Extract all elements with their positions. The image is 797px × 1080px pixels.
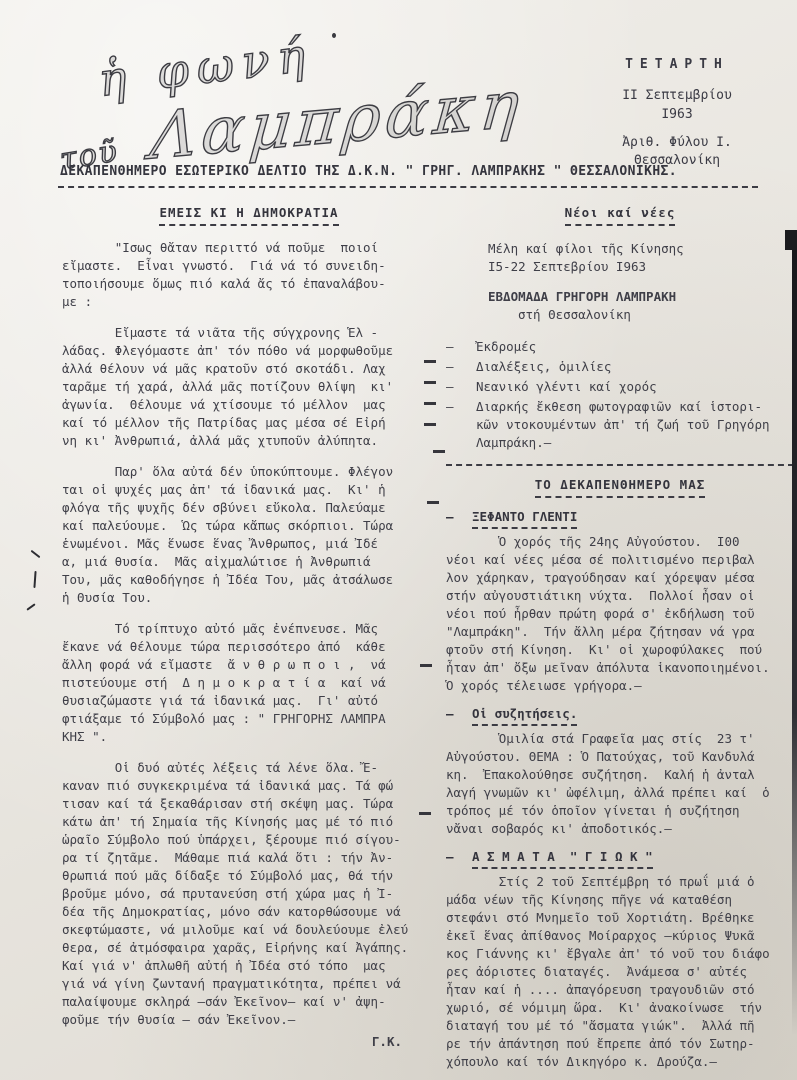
right-column: Νέοι καί νέες Μέλη καί φίλοι τῆς Κίνησης… bbox=[446, 204, 794, 1071]
margin-dash-mark bbox=[420, 664, 432, 667]
article-syzitiseis: – Οἱ συζητήσεις. Ὁμιλία στά Γραφεῖα μας … bbox=[446, 705, 794, 838]
left-column: ΕΜΕΙΣ ΚΙ Η ΔΗΜΟΚΡΑΤΙΑ "Ισως θἄταν περιττ… bbox=[62, 204, 436, 1051]
margin-dash-mark bbox=[424, 402, 436, 405]
pen-mark bbox=[26, 603, 35, 610]
list-item: – Ἐκδρομές bbox=[446, 338, 794, 356]
members-invite-line1: Μέλη καί φίλοι τῆς Κίνησης bbox=[446, 240, 794, 258]
issue-number: Ἀριθ. Φύλου Ι. bbox=[587, 134, 767, 153]
article-syzitiseis-body: Ὁμιλία στά Γραφεῖα μας στίς 23 τ' Αὐγούσ… bbox=[446, 730, 794, 838]
article-asmata-title: Α Σ Μ Α Τ Α " Γ Ι Ω Κ " bbox=[472, 848, 653, 869]
article-glenti: – ΞΕΦΑΝΤΟ ΓΛΕΝΤΙ Ὁ χορός τῆς 24ης Αὐγούσ… bbox=[446, 508, 794, 695]
dash-bullet: – bbox=[446, 338, 476, 356]
events-list: – Ἐκδρομές – Διαλέξεις, ὁμιλίες – Νεανικ… bbox=[446, 338, 794, 452]
article-syzitiseis-head: – Οἱ συζητήσεις. bbox=[446, 705, 794, 726]
issue-date-line2: Ι963 bbox=[587, 106, 767, 125]
lambrakis-week-line1: ΕΒΔΟΜΑΔΑ ΓΡΗΓΟΡΗ ΛΑΜΠΡΑΚΗ bbox=[446, 288, 794, 306]
lambrakis-week-line2: στή Θεσσαλονίκη bbox=[446, 306, 794, 324]
margin-dash-mark bbox=[419, 812, 431, 815]
article-syzitiseis-title: Οἱ συζητήσεις. bbox=[472, 705, 577, 726]
article-glenti-head: – ΞΕΦΑΝΤΟ ΓΛΕΝΤΙ bbox=[446, 508, 794, 529]
list-item: – Διαλέξεις, ὁμιλίες bbox=[446, 358, 794, 376]
members-invite-block: Μέλη καί φίλοι τῆς Κίνησης Ι5-22 Σεπτεβρ… bbox=[446, 240, 794, 276]
banner-underline bbox=[58, 186, 758, 188]
margin-dash-mark bbox=[427, 501, 439, 504]
margin-dash-mark bbox=[433, 450, 445, 453]
issue-info-block: ΤΕΤΑΡΤΗ ΙΙ Σεπτεμβρίου Ι963 Ἀριθ. Φύλου … bbox=[587, 56, 767, 171]
article-asmata-head: – Α Σ Μ Α Τ Α " Γ Ι Ω Κ " bbox=[446, 848, 794, 869]
left-paragraph-1: "Ισως θἄταν περιττό νά ποῦμε ποιοί εἴμασ… bbox=[62, 239, 436, 311]
members-invite-line2: Ι5-22 Σεπτεβρίου Ι963 bbox=[446, 258, 794, 276]
banner-title: ΔΕΚΑΠΕΝΘΗΜΕΡΟ ΕΣΩΤΕΡΙΚΟ ΔΕΛΤΙΟ ΤΗΣ Δ.Κ.Ν… bbox=[60, 164, 766, 179]
margin-dash-mark bbox=[424, 423, 436, 426]
left-paragraph-3: Παρ' ὅλα αὐτά δέν ὑποκύπτουμε. Φλέγον τα… bbox=[62, 463, 436, 607]
newsletter-scan-page: ἡ φωνή τοῦ Λαμπράκη ΤΕΤΑΡΤΗ ΙΙ Σεπτεμβρί… bbox=[0, 0, 797, 1080]
scan-edge-notch bbox=[785, 230, 797, 250]
pen-mark bbox=[31, 550, 41, 558]
event-label: Νεανικό γλέντι καί χορός bbox=[476, 378, 657, 396]
pen-mark bbox=[33, 571, 36, 588]
issue-weekday: ΤΕΤΑΡΤΗ bbox=[587, 56, 767, 75]
article-asmata-body: Στίς 2 τοῦ Σεπτέμβρη τό πρωΐ μιά ὁ μάδα … bbox=[446, 873, 794, 1071]
article-glenti-body: Ὁ χορός τῆς 24ης Αὐγούστου. Ι00 νέοι καί… bbox=[446, 533, 794, 695]
fortnight-section-heading-text: ΤΟ ΔΕΚΑΠΕΝΘΗΜΕΡΟ ΜΑΣ bbox=[535, 476, 706, 498]
dash-bullet: – bbox=[446, 398, 476, 452]
dash-bullet: – bbox=[446, 378, 476, 396]
ink-speck bbox=[332, 33, 336, 38]
article-glenti-title: ΞΕΦΑΝΤΟ ΓΛΕΝΤΙ bbox=[472, 508, 577, 529]
margin-dash-mark bbox=[424, 381, 436, 384]
left-column-heading-text: ΕΜΕΙΣ ΚΙ Η ΔΗΜΟΚΡΑΤΙΑ bbox=[159, 204, 338, 226]
list-item: – Διαρκής ἔκθεση φωτογραφιῶν καί ἱστορι-… bbox=[446, 398, 794, 452]
issue-date-line1: ΙΙ Σεπτεμβρίου bbox=[587, 87, 767, 106]
author-initials: Γ.Κ. bbox=[62, 1033, 436, 1051]
fortnight-section-heading: ΤΟ ΔΕΚΑΠΕΝΘΗΜΕΡΟ ΜΑΣ bbox=[446, 476, 794, 498]
event-label: Διαρκής ἔκθεση φωτογραφιῶν καί ἱστορι- κ… bbox=[476, 398, 770, 452]
dash-bullet: – bbox=[446, 358, 476, 376]
event-label: Ἐκδρομές bbox=[476, 338, 536, 356]
right-column-heading: Νέοι καί νέες bbox=[446, 204, 794, 226]
lambrakis-week-block: ΕΒΔΟΜΑΔΑ ΓΡΗΓΟΡΗ ΛΑΜΠΡΑΚΗ στή Θεσσαλονίκ… bbox=[446, 288, 794, 324]
left-paragraph-5: Οἱ δυό αὐτές λέξεις τά λένε ὅλα. Ἔ- κανα… bbox=[62, 759, 436, 1029]
section-divider bbox=[446, 464, 794, 466]
dash-bullet: – bbox=[446, 705, 472, 726]
dash-bullet: – bbox=[446, 508, 472, 529]
article-asmata: – Α Σ Μ Α Τ Α " Γ Ι Ω Κ " Στίς 2 τοῦ Σεπ… bbox=[446, 848, 794, 1071]
scan-edge-shadow bbox=[792, 230, 797, 1035]
left-paragraph-4: Τό τρίπτυχο αὐτό μᾶς ἐνέπνευσε. Μᾶς ἔκαν… bbox=[62, 620, 436, 746]
left-column-heading: ΕΜΕΙΣ ΚΙ Η ΔΗΜΟΚΡΑΤΙΑ bbox=[62, 204, 436, 226]
left-paragraph-2: Εἴμαστε τά νιᾶτα τῆς σύγχρονης Ἑλ - λάδα… bbox=[62, 324, 436, 450]
event-label: Διαλέξεις, ὁμιλίες bbox=[476, 358, 611, 376]
margin-dash-mark bbox=[424, 360, 436, 363]
list-item: – Νεανικό γλέντι καί χορός bbox=[446, 378, 794, 396]
right-column-heading-text: Νέοι καί νέες bbox=[565, 204, 676, 226]
dash-bullet: – bbox=[446, 848, 472, 869]
